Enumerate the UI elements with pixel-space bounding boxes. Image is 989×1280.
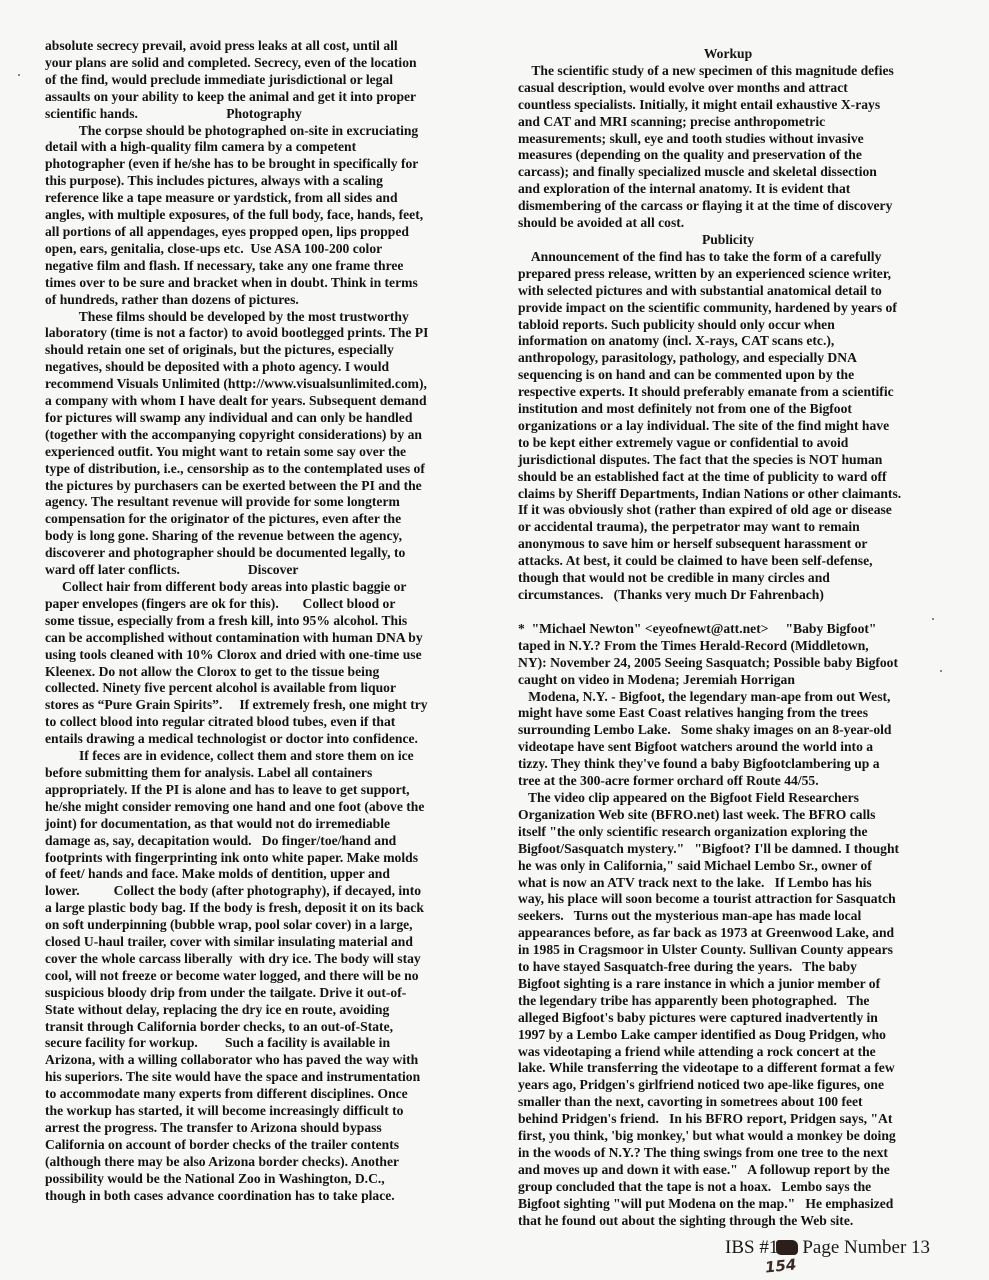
text-line: * "Michael Newton" <eyeofnewt@att.net> "… xyxy=(518,621,938,638)
text-line: institution and most definitely not from… xyxy=(518,401,938,418)
text-line: transit through California border checks… xyxy=(45,1019,465,1036)
text-line: your plans are solid and completed. Secr… xyxy=(45,55,465,72)
text-line: group concluded that the tape is not a h… xyxy=(518,1179,938,1196)
text-line: anonymous to save him or herself subsequ… xyxy=(518,536,938,553)
document-page: absolute secrecy prevail, avoid press le… xyxy=(0,0,989,1280)
text-line: surrounding Lembo Lake. Some shaky image… xyxy=(518,722,938,739)
text-line: in the woods of N.Y.? The thing swings f… xyxy=(518,1145,938,1162)
text-line: casual description, would evolve over mo… xyxy=(518,80,938,97)
text-line: The video clip appeared on the Bigfoot F… xyxy=(518,790,938,807)
text-line: to collect blood into regular citrated b… xyxy=(45,714,465,731)
text-line: itself "the only scientific research org… xyxy=(518,824,938,841)
text-line: should be avoided at all cost. xyxy=(518,215,938,232)
text-line: California on account of border checks o… xyxy=(45,1137,465,1154)
text-line: The scientific study of a new specimen o… xyxy=(518,63,938,80)
text-line: for pictures will swamp any individual a… xyxy=(45,410,465,427)
text-line: of feet/ hands and face. Make molds of d… xyxy=(45,866,465,883)
text-line: taped in N.Y.? From the Times Herald-Rec… xyxy=(518,638,938,655)
text-line: attacks. At best, it could be claimed to… xyxy=(518,553,938,570)
right-column: Workup The scientific study of a new spe… xyxy=(518,46,938,1230)
text-line: absolute secrecy prevail, avoid press le… xyxy=(45,38,465,55)
text-line: damage as, say, decapitation would. Do f… xyxy=(45,833,465,850)
text-line: tree at the 300-acre former orchard off … xyxy=(518,773,938,790)
text-line: countless specialists. Initially, it mig… xyxy=(518,97,938,114)
text-line: compensation for the originator of the p… xyxy=(45,511,465,528)
text-line: reference like a tape measure or yardsti… xyxy=(45,190,465,207)
text-line: measures (depending on the quality and p… xyxy=(518,147,938,164)
text-line: Organization Web site (BFRO.net) last we… xyxy=(518,807,938,824)
text-line: tabloid reports. Such publicity should o… xyxy=(518,317,938,334)
text-line: to have stayed Sasquatch-free during the… xyxy=(518,959,938,976)
text-line: was videotaping a friend while attending… xyxy=(518,1044,938,1061)
text-line: tizzy. They think they've found a baby B… xyxy=(518,756,938,773)
text-line: what is now an ATV track next to the lak… xyxy=(518,875,938,892)
text-line: caught on video in Modena; Jeremiah Horr… xyxy=(518,672,938,689)
text-line: type of distribution, i.e., censorship a… xyxy=(45,461,465,478)
footer-issue-prefix: IBS #1 xyxy=(725,1237,778,1258)
text-line: If feces are in evidence, collect them a… xyxy=(45,748,465,765)
text-line: information on anatomy (incl. X-rays, CA… xyxy=(518,333,938,350)
text-line: alleged Bigfoot's baby pictures were cap… xyxy=(518,1010,938,1027)
scan-speck xyxy=(940,670,942,672)
text-line: the legendary tribe has apparently been … xyxy=(518,993,938,1010)
text-line: experienced outfit. You might want to re… xyxy=(45,444,465,461)
text-line: joint) for documentation, as that would … xyxy=(45,816,465,833)
text-line: or accidental trauma), the perpetrator m… xyxy=(518,519,938,536)
text-line: all portions of all appendages, eyes pro… xyxy=(45,224,465,241)
text-line: seekers. Turns out the mysterious man-ap… xyxy=(518,908,938,925)
text-line: using tools cleaned with 10% Clorox and … xyxy=(45,647,465,664)
text-line: appearances before, as far back as 1973 … xyxy=(518,925,938,942)
text-line: first, you think, 'big monkey,' but what… xyxy=(518,1128,938,1145)
footer-page-number: Page Number 13 xyxy=(802,1237,930,1258)
text-line: respective experts. It should preferably… xyxy=(518,384,938,401)
paragraph-gap xyxy=(518,604,938,621)
text-line: cover the whole carcass liberally with d… xyxy=(45,951,465,968)
text-line: in 1985 in Cragsmoor in Ulster County. S… xyxy=(518,942,938,959)
text-line: anthropology, parasitology, pathology, a… xyxy=(518,350,938,367)
text-line: measurements; skull, eye and tooth studi… xyxy=(518,131,938,148)
text-line: discoverer and photographer should be do… xyxy=(45,545,465,562)
text-line: (although there may be also Arizona bord… xyxy=(45,1154,465,1171)
text-line: Bigfoot sighting is a rare instance in w… xyxy=(518,976,938,993)
text-line: arrest the progress. The transfer to Ari… xyxy=(45,1120,465,1137)
text-line: lower. Collect the body (after photograp… xyxy=(45,883,465,900)
text-line: circumstances. (Thanks very much Dr Fahr… xyxy=(518,587,938,604)
text-line: this purpose). This includes pictures, a… xyxy=(45,173,465,190)
text-line: with selected pictures and with substant… xyxy=(518,283,938,300)
text-line: photographer (even if he/she has to be b… xyxy=(45,156,465,173)
text-line: Bigfoot sighting "will put Modena on the… xyxy=(518,1196,938,1213)
scan-speck xyxy=(932,618,934,620)
text-line: recommend Visuals Unlimited (http://www.… xyxy=(45,376,465,393)
text-line: on soft underpinning (bubble wrap, pool … xyxy=(45,917,465,934)
text-line: should retain one set of originals, but … xyxy=(45,342,465,359)
text-line: open, ears, genitalia, close-ups etc. Us… xyxy=(45,241,465,258)
text-line: behind Pridgen's friend. In his BFRO rep… xyxy=(518,1111,938,1128)
text-line: Collect hair from different body areas i… xyxy=(45,579,465,596)
text-line: the workup has started, it will become i… xyxy=(45,1103,465,1120)
text-line: ward off later conflicts. Discover xyxy=(45,562,465,579)
text-line: jurisdictional disputes. The fact that t… xyxy=(518,452,938,469)
text-line: to be kept either extremely vague or con… xyxy=(518,435,938,452)
text-line: secure facility for workup. Such a facil… xyxy=(45,1035,465,1052)
text-line: of hundreds, rather than dozens of pictu… xyxy=(45,292,465,309)
left-column: absolute secrecy prevail, avoid press le… xyxy=(45,38,465,1205)
handwritten-issue-number: 154 xyxy=(764,1255,797,1276)
text-line: NY): November 24, 2005 Seeing Sasquatch;… xyxy=(518,655,938,672)
text-line: Kleenex. Do not allow the Clorox to get … xyxy=(45,664,465,681)
section-heading-publicity: Publicity xyxy=(518,232,938,249)
text-line: a company with whom I have dealt for yea… xyxy=(45,393,465,410)
text-line: he was only in California," said Michael… xyxy=(518,858,938,875)
text-line: footprints with fingerprinting ink onto … xyxy=(45,850,465,867)
text-line: possibility would be the National Zoo in… xyxy=(45,1171,465,1188)
text-line: The corpse should be photographed on-sit… xyxy=(45,123,465,140)
text-line: dismembering of the carcass or flaying i… xyxy=(518,198,938,215)
text-line: detail with a high-quality film camera b… xyxy=(45,139,465,156)
text-line: Bigfoot/Sasquatch mystery." "Bigfoot? I'… xyxy=(518,841,938,858)
workup-body: The scientific study of a new specimen o… xyxy=(518,63,938,232)
text-line: sequencing is on hand and can be comment… xyxy=(518,367,938,384)
text-line: some tissue, especially from a fresh kil… xyxy=(45,613,465,630)
text-line: agency. The resultant revenue will provi… xyxy=(45,494,465,511)
text-line: negatives, should be deposited with a ph… xyxy=(45,359,465,376)
text-line: of the find, would preclude immediate ju… xyxy=(45,72,465,89)
text-line: carcass); and finally specialized muscle… xyxy=(518,164,938,181)
text-line: organizations or a lay individual. The s… xyxy=(518,418,938,435)
text-line: negative film and flash. If necessary, t… xyxy=(45,258,465,275)
text-line: his superiors. The site would have the s… xyxy=(45,1069,465,1086)
text-line: Arizona, with a willing collaborator who… xyxy=(45,1052,465,1069)
text-line: he/she might consider removing one hand … xyxy=(45,799,465,816)
text-line: and moves up and down it with ease." A f… xyxy=(518,1162,938,1179)
text-line: assaults on your ability to keep the ani… xyxy=(45,89,465,106)
text-line: might have some East Coast relatives han… xyxy=(518,705,938,722)
text-line: body is long gone. Sharing of the revenu… xyxy=(45,528,465,545)
ink-blot-redaction xyxy=(776,1240,798,1255)
text-line: scientific hands. Photography xyxy=(45,106,465,123)
text-line: prepared press release, written by an ex… xyxy=(518,266,938,283)
page-footer: IBS #1Page Number 13 xyxy=(725,1237,930,1259)
text-line: collected. Ninety five percent alcohol i… xyxy=(45,680,465,697)
text-line: entails drawing a medical technologist o… xyxy=(45,731,465,748)
text-line: way, his place will soon become a touris… xyxy=(518,891,938,908)
text-line: though in both cases advance coordinatio… xyxy=(45,1188,465,1205)
text-line: should be an established fact at the tim… xyxy=(518,469,938,486)
text-line: videotape have sent Bigfoot watchers aro… xyxy=(518,739,938,756)
text-line: paper envelopes (fingers are ok for this… xyxy=(45,596,465,613)
text-line: (together with the accompanying copyrigh… xyxy=(45,427,465,444)
text-line: can be accomplished without contaminatio… xyxy=(45,630,465,647)
text-line: though that would not be credible in man… xyxy=(518,570,938,587)
text-line: a large plastic body bag. If the body is… xyxy=(45,900,465,917)
text-line: and exploration of the internal anatomy.… xyxy=(518,181,938,198)
text-line: lake. While transferring the videotape t… xyxy=(518,1060,938,1077)
text-line: and CAT and MRI scanning; precise anthro… xyxy=(518,114,938,131)
text-line: laboratory (time is not a factor) to avo… xyxy=(45,325,465,342)
text-line: before submitting them for analysis. Lab… xyxy=(45,765,465,782)
text-line: State without delay, replacing the dry i… xyxy=(45,1002,465,1019)
text-line: smaller than the next, cavorting in some… xyxy=(518,1094,938,1111)
text-line: closed U-haul trailer, cover with simila… xyxy=(45,934,465,951)
text-line: stores as “Pure Grain Spirits”. If extre… xyxy=(45,697,465,714)
text-line: that he found out about the sighting thr… xyxy=(518,1213,938,1230)
text-line: the pictures by purchasers can be exerte… xyxy=(45,478,465,495)
publicity-body: Announcement of the find has to take the… xyxy=(518,249,938,604)
text-line: provide impact on the scientific communi… xyxy=(518,300,938,317)
text-line: These films should be developed by the m… xyxy=(45,309,465,326)
text-line: angles, with multiple exposures, of the … xyxy=(45,207,465,224)
text-line: to accommodate many experts from differe… xyxy=(45,1086,465,1103)
text-line: appropriately. If the PI is alone and ha… xyxy=(45,782,465,799)
text-line: suspicious bloody drip from under the ta… xyxy=(45,985,465,1002)
text-line: claims by Sheriff Departments, Indian Na… xyxy=(518,486,938,503)
section-heading-workup: Workup xyxy=(518,46,938,63)
text-line: times over to be sure and bracket when i… xyxy=(45,275,465,292)
text-line: Announcement of the find has to take the… xyxy=(518,249,938,266)
news-article-body: * "Michael Newton" <eyeofnewt@att.net> "… xyxy=(518,621,938,1230)
text-line: 1997 by a Lembo Lake camper identified a… xyxy=(518,1027,938,1044)
scan-speck xyxy=(18,74,20,76)
text-line: cool, will not freeze or become water lo… xyxy=(45,968,465,985)
text-line: If it was obviously shot (rather than ex… xyxy=(518,502,938,519)
text-line: years ago, Pridgen's girlfriend noticed … xyxy=(518,1077,938,1094)
text-line: Modena, N.Y. - Bigfoot, the legendary ma… xyxy=(518,689,938,706)
